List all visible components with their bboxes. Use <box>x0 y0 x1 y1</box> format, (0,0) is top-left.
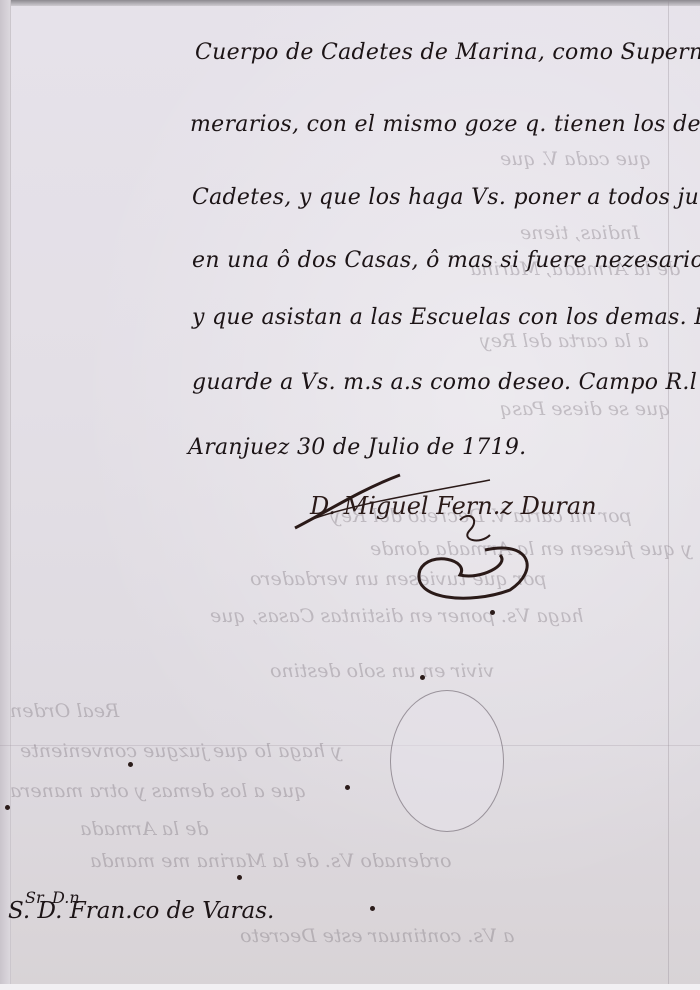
bleed-through-line: a Vs. continuar este Decreto <box>240 925 514 947</box>
letter-body-line-6: guarde a Vs. m.s a.s como deseo. Campo R… <box>192 370 700 395</box>
paper-fold-vertical <box>668 0 669 990</box>
letter-body-line-1: Cuerpo de Cadetes de Marina, como Supern… <box>195 40 700 65</box>
letter-body-line-2: merarios, con el mismo goze q. tienen lo… <box>190 112 700 137</box>
paper-left-edge <box>0 0 11 990</box>
bleed-through-line: vivir en un solo destino <box>270 660 494 682</box>
addressee-name: S. D. Fran.co de Varas. <box>8 898 274 924</box>
ink-spot <box>5 805 10 810</box>
paper-bottom-edge <box>0 984 700 990</box>
paper-hole <box>390 690 504 832</box>
letter-body-line-5: y que asistan a las Escuelas con los dem… <box>192 305 700 330</box>
paper-top-edge <box>0 0 700 6</box>
bleed-through-line: que a los demas y otra manera <box>10 780 306 802</box>
bleed-through-line: que se diese Pasq <box>500 398 670 420</box>
ink-spot <box>128 762 133 767</box>
bleed-through-line: y haga lo que juzgue conveniente <box>20 740 342 762</box>
bleed-through-line: Real Orden <box>10 700 119 722</box>
ink-spot <box>370 906 375 911</box>
ink-spot <box>420 675 425 680</box>
ink-spot <box>490 610 495 615</box>
signature-text: D. Miguel Fern.z Duran <box>310 492 597 520</box>
ink-spot <box>345 785 350 790</box>
bleed-through-line: ordenado Vs. de la Marina me manda <box>90 850 452 872</box>
letter-body-line-7-date: Aranjuez 30 de Julio de 1719. <box>188 435 526 460</box>
signature-flourish-icon <box>290 470 560 610</box>
ink-spot <box>237 875 242 880</box>
letter-page: que cada V. que Indias, tiene de la Arma… <box>0 0 700 990</box>
bleed-through-line: a la carta del Rey <box>480 330 649 352</box>
letter-body-line-4: en una ô dos Casas, ô mas si fuere nezes… <box>192 248 700 273</box>
signature: D. Miguel Fern.z Duran <box>290 470 560 614</box>
bleed-through-line: de la Armada <box>80 818 209 840</box>
bleed-through-line: Indias, tiene <box>520 222 640 244</box>
letter-body-line-3: Cadetes, y que los haga Vs. poner a todo… <box>192 185 700 210</box>
bleed-through-line: que cada V. que <box>500 148 651 170</box>
